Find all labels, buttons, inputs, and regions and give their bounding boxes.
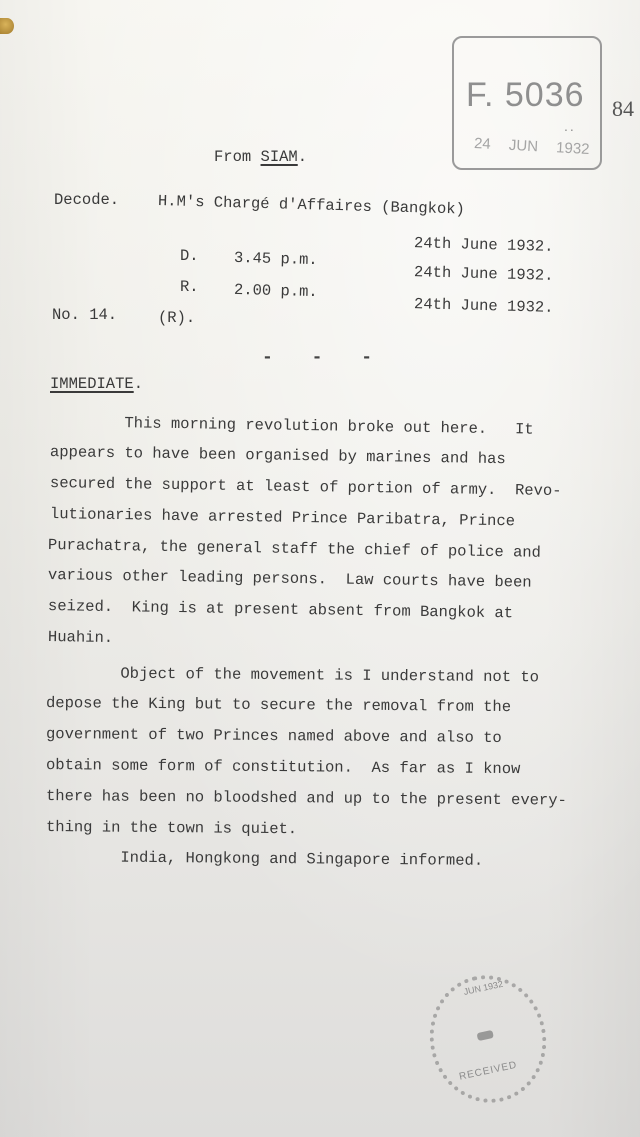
sender: H.M's Chargé d'Affaires (Bangkok)	[158, 192, 465, 219]
received-time: 2.00 p.m.	[234, 281, 318, 301]
received-label: R.	[180, 278, 199, 296]
body-line: Purachatra, the general staff the chief …	[48, 536, 541, 562]
priority-label: IMMEDIATE	[50, 375, 134, 393]
body-line: Huahin.	[48, 628, 113, 647]
stamp-dots: ..	[564, 118, 576, 134]
body-line: seized. King is at present absent from B…	[48, 597, 513, 622]
body-line: thing in the town is quiet.	[46, 818, 297, 838]
body-line: lutionaries have arrested Prince Paribat…	[50, 505, 515, 530]
body-line: secured the support at least of portion …	[50, 474, 562, 500]
received-stamp-label: RECEIVED	[458, 1060, 518, 1083]
telegram-number-suffix: (R).	[158, 309, 195, 327]
paper-clip-icon	[0, 18, 14, 34]
received-stamp-date: JUN 1932	[463, 979, 504, 997]
priority-marking: IMMEDIATE.	[50, 375, 143, 393]
from-punct: .	[298, 148, 307, 166]
body-line: various other leading persons. Law court…	[48, 566, 532, 592]
from-label: From	[214, 148, 251, 166]
body-line: government of two Princes named above an…	[46, 725, 502, 747]
priority-punct: .	[134, 375, 143, 393]
from-line: From SIAM.	[214, 148, 307, 166]
sender-date: 24th June 1932.	[414, 234, 554, 256]
decode-label: Decode.	[54, 191, 119, 209]
stamp-center-mark	[477, 1030, 494, 1041]
separator: - - -	[262, 348, 386, 368]
body-line: there has been no bloodshed and up to th…	[46, 787, 567, 810]
body-line: Object of the movement is I understand n…	[46, 664, 539, 686]
despatched-time: 3.45 p.m.	[234, 249, 318, 269]
body-line: appears to have been organised by marine…	[50, 443, 506, 468]
body-line: obtain some form of constitution. As far…	[46, 756, 521, 778]
despatched-date: 24th June 1932.	[414, 263, 554, 285]
body-line: This morning revolution broke out here. …	[50, 413, 534, 439]
received-stamp: JUN 1932 RECEIVED	[418, 964, 558, 1113]
body-line: depose the King but to secure the remova…	[46, 694, 511, 716]
received-date: 24th June 1932.	[414, 295, 554, 317]
registry-reference: F. 5036	[466, 76, 585, 115]
registry-stamp: F. 5036 .. 24 JUN 1932	[452, 36, 602, 170]
from-place: SIAM	[261, 148, 298, 166]
telegram-number: No. 14.	[52, 306, 117, 324]
registry-date: 24 JUN 1932	[474, 135, 590, 158]
folio-number: 84	[612, 96, 634, 122]
despatched-label: D.	[180, 247, 199, 265]
body-line: India, Hongkong and Singapore informed.	[46, 848, 483, 870]
